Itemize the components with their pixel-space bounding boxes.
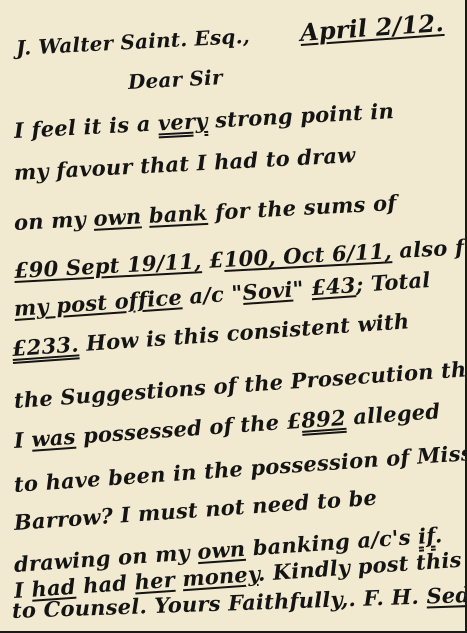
underlined-text: very [157,108,208,136]
underlined-text: 892 [301,405,347,433]
line-text: also from [391,232,467,263]
underlined-text: her [134,567,176,595]
line-text: . [434,522,443,547]
underlined-text: own [93,203,142,230]
letter-line: my favour that I had to draw [13,142,356,185]
underlined-text: if [417,523,435,549]
underlined-text: bank [148,200,208,228]
line-text: How is this consistent with [78,308,410,356]
line-text: possessed of the £ [75,408,303,449]
underlined-text: was [31,424,77,452]
line-text: I feel it is a [13,110,158,143]
date-text: April 2/12. [299,8,445,47]
line-text: a/c " [181,280,243,309]
underlined-text: £233. [11,331,79,361]
line-text: ; Total [355,267,432,297]
line-text: £ [201,247,225,273]
line-text: on my [13,206,94,235]
underlined-text: own [196,536,246,564]
underlined-text: £43 [310,272,356,300]
line-text: my favour that I had to draw [13,142,356,185]
line-text: to have been in the possession of Miss [13,440,467,497]
underlined-text: 100, Oct 6/11, [223,238,392,272]
underlined-text: £90 Sept 19/11, [13,248,202,283]
line-text: for the sums of [207,190,397,225]
underlined-text: money [181,561,258,591]
line-text: alleged [345,398,441,430]
letter-date: April 2/12. [299,8,445,47]
letter-line: I feel it is a very strong point in [13,98,394,143]
salutation-text: Dear Sir [127,65,223,94]
letter-line: on my own bank for the sums of [13,190,397,235]
handwritten-letter: April 2/12. J. Walter Saint. Esq., Dear … [0,0,467,633]
underlined-text: Seddon [426,580,467,608]
line-text: " [292,275,312,301]
line-text: strong point in [207,98,395,133]
underlined-text: my post office [13,284,183,321]
line-text: I [13,427,32,453]
letter-salutation: Dear Sir [127,65,223,94]
underlined-text: Sovi [242,277,294,305]
letter-line: to have been in the possession of Miss [13,440,467,497]
letter-addressee: J. Walter Saint. Esq., [15,24,250,60]
